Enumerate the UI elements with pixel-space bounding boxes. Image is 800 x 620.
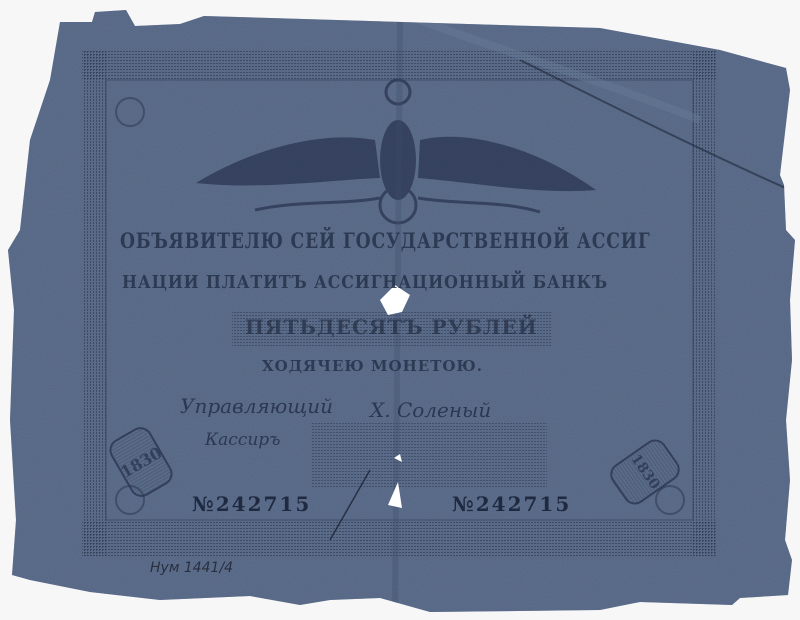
serial-number-left: №242715 xyxy=(192,492,311,516)
text-line-4: ХОДЯЧЕЮ МОНЕТОЮ. xyxy=(262,357,483,375)
text-line-2: НАЦИИ ПЛАТИТЪ АССИГНАЦИОННЫЙ БАНКЪ xyxy=(122,272,608,293)
cashier-label: Кассиръ xyxy=(205,430,281,450)
serial-number-right: №242715 xyxy=(452,492,571,516)
banknote: ОБЪЯВИТЕЛЮ СЕЙ ГОСУДАРСТВЕННОЙ АССИГ НАЦ… xyxy=(0,0,800,620)
manager-label: Управляющий xyxy=(180,394,333,418)
denomination-text: ПЯТЬДЕСЯТЪ РУБЛЕЙ xyxy=(245,315,538,339)
manager-signature: Х. Соленый xyxy=(370,398,491,422)
banknote-paper xyxy=(0,0,800,620)
text-line-1: ОБЪЯВИТЕЛЮ СЕЙ ГОСУДАРСТВЕННОЙ АССИГ xyxy=(120,228,651,253)
handwritten-note: Нум 1441/4 xyxy=(150,560,233,576)
